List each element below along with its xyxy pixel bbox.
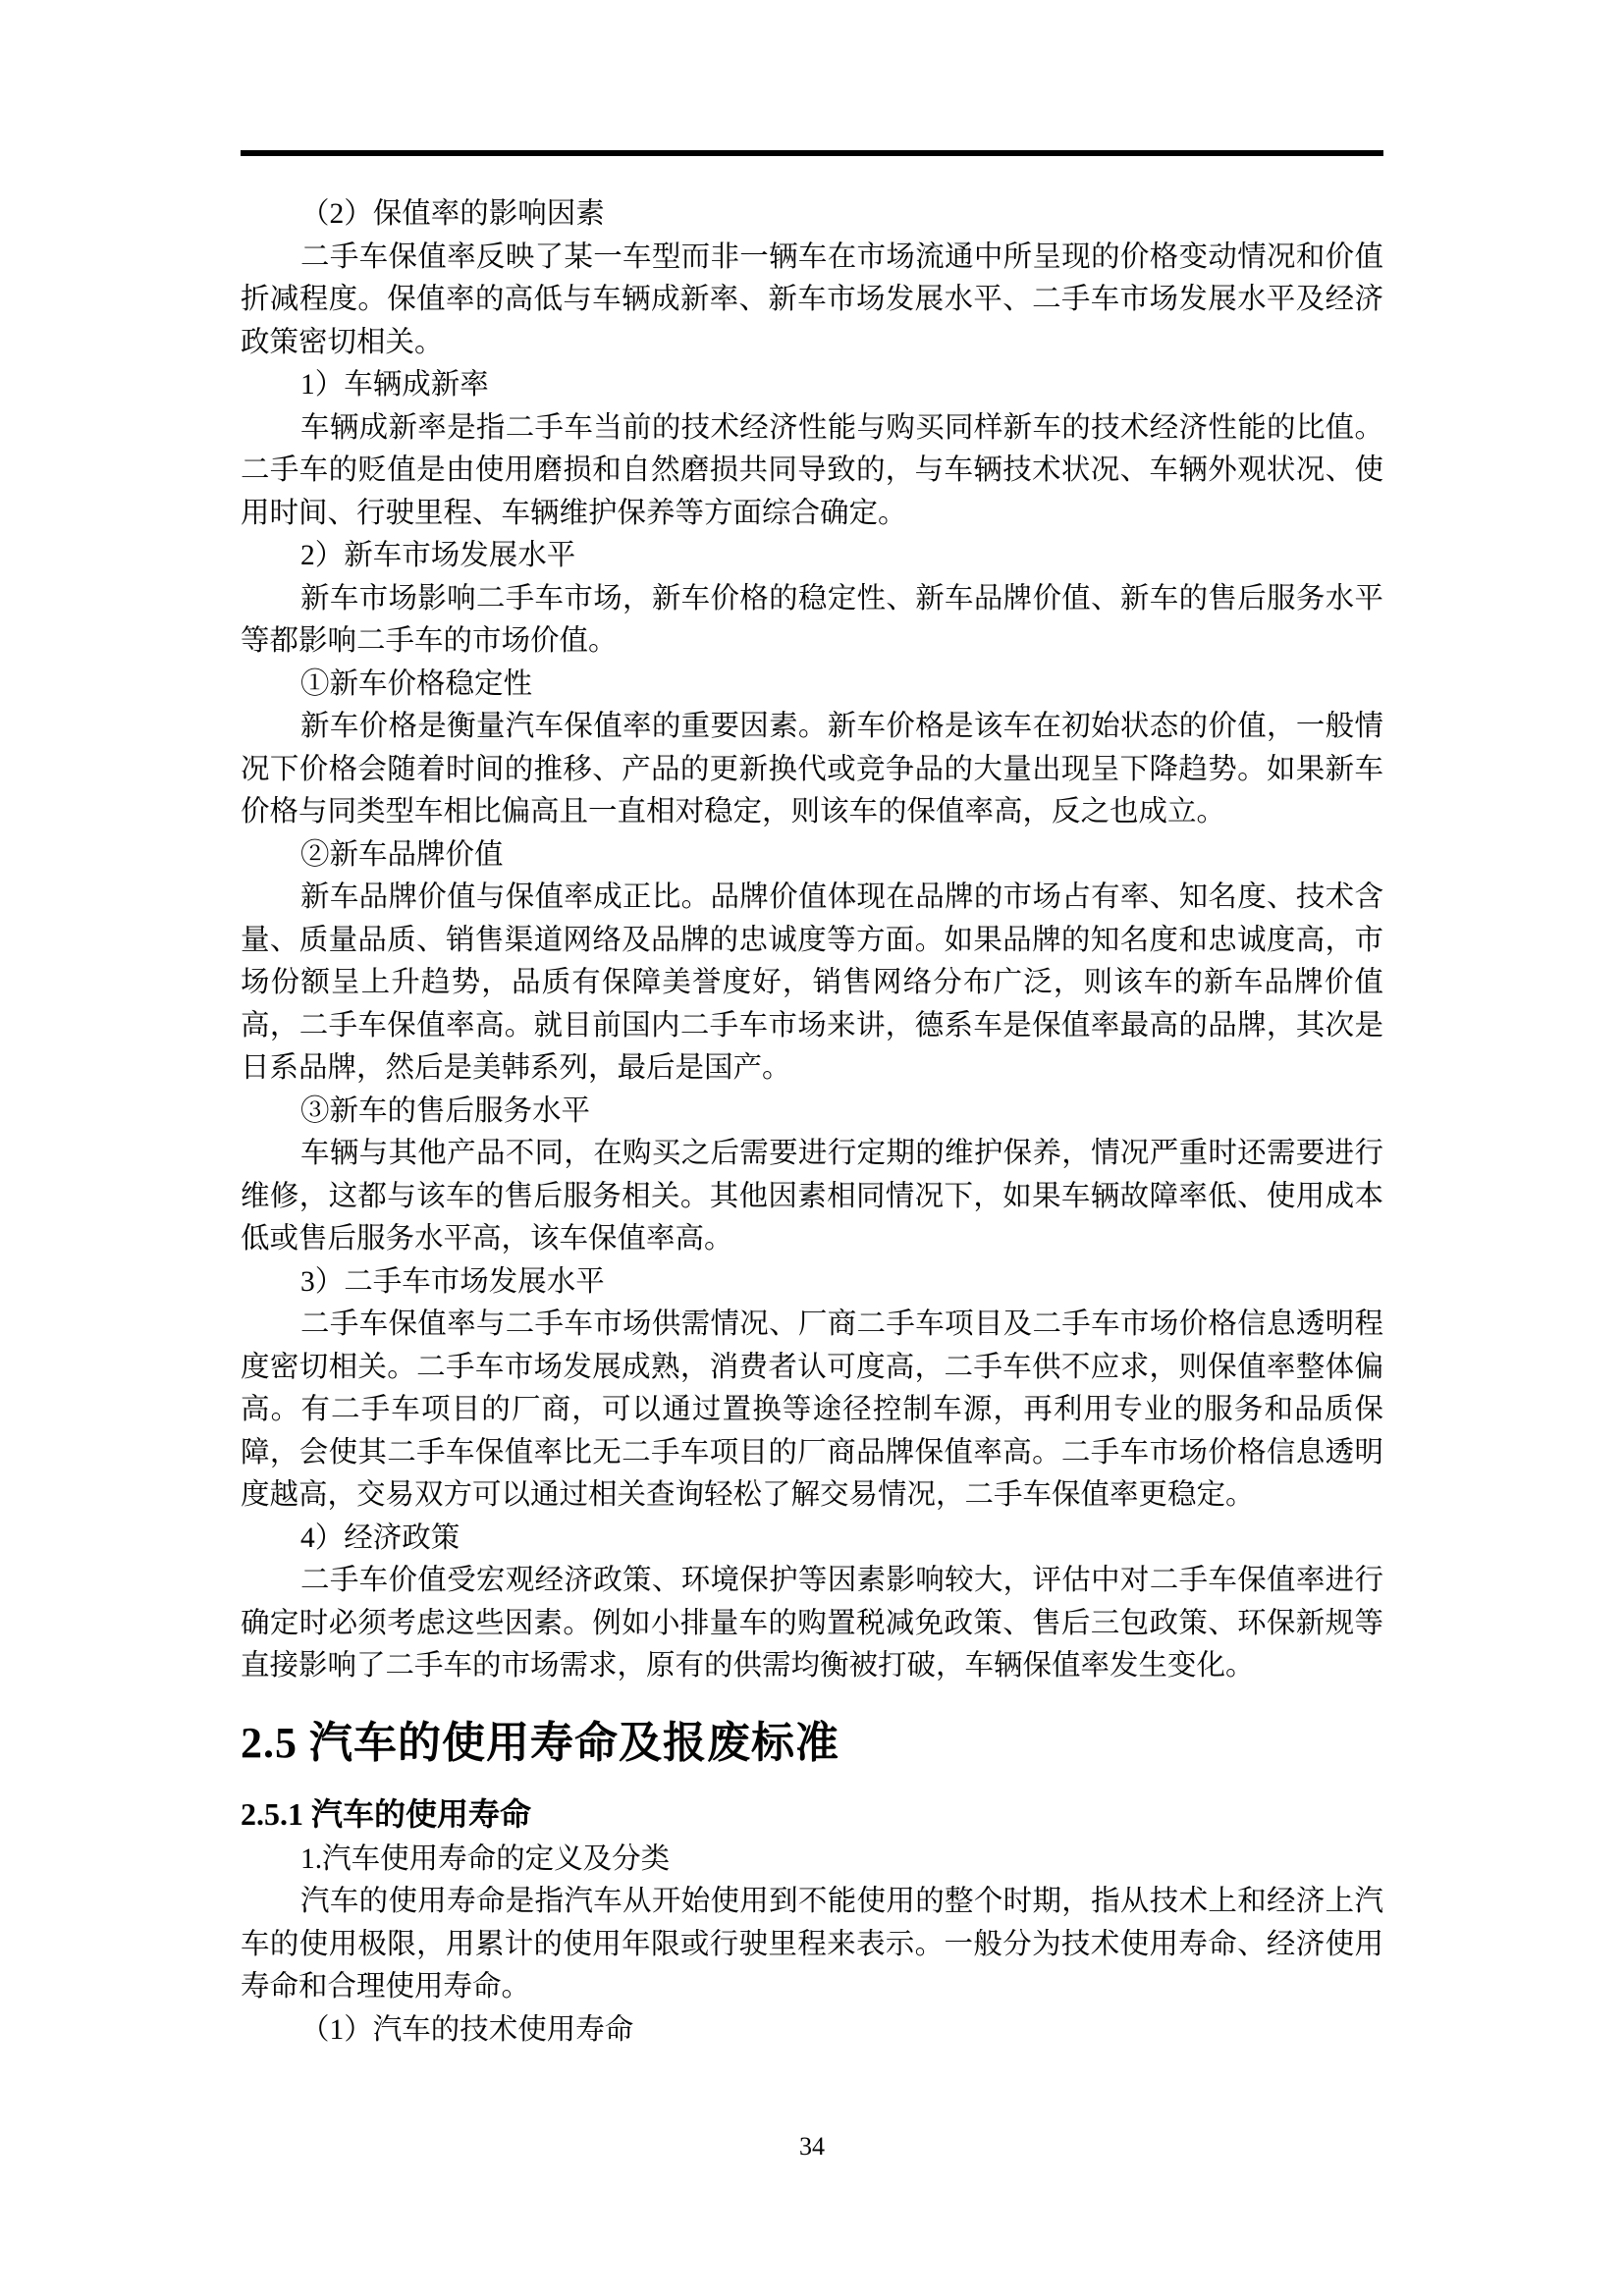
paragraph: 新车市场影响二手车市场，新车价格的稳定性、新车品牌价值、新车的售后服务水平等都影… <box>241 578 1383 664</box>
paragraph: 二手车保值率反映了某一车型而非一辆车在市场流通中所呈现的价格变动情况和价值折减程… <box>241 237 1383 365</box>
paragraph: 新车品牌价值与保值率成正比。品牌价值体现在品牌的市场占有率、知名度、技术含量、质… <box>241 877 1383 1091</box>
list-item-heading: （2）保值率的影响因素 <box>241 193 1383 237</box>
list-item-heading: 2）新车市场发展水平 <box>241 535 1383 578</box>
paragraph: 二手车价值受宏观经济政策、环境保护等因素影响较大，评估中对二手车保值率进行确定时… <box>241 1560 1383 1688</box>
list-item-heading: ③新车的售后服务水平 <box>241 1091 1383 1134</box>
section-heading: 2.5 汽车的使用寿命及报废标准 <box>241 1714 1383 1773</box>
paragraph: 新车价格是衡量汽车保值率的重要因素。新车价格是该车在初始状态的价值，一般情况下价… <box>241 706 1383 834</box>
paragraph: 二手车保值率与二手车市场供需情况、厂商二手车项目及二手车市场价格信息透明程度密切… <box>241 1304 1383 1518</box>
list-item-heading: ①新车价格稳定性 <box>241 664 1383 707</box>
document-body: （2）保值率的影响因素 二手车保值率反映了某一车型而非一辆车在市场流通中所呈现的… <box>241 193 1383 2163</box>
list-item-heading: ②新车品牌价值 <box>241 834 1383 878</box>
list-item-heading: 1）车辆成新率 <box>241 364 1383 407</box>
subsection-heading: 2.5.1 汽车的使用寿命 <box>241 1792 1383 1836</box>
list-item-heading: 4）经济政策 <box>241 1518 1383 1561</box>
document-page: （2）保值率的影响因素 二手车保值率反映了某一车型而非一辆车在市场流通中所呈现的… <box>0 0 1624 2296</box>
list-item-heading: 3）二手车市场发展水平 <box>241 1261 1383 1305</box>
paragraph: 车辆与其他产品不同，在购买之后需要进行定期的维护保养，情况严重时还需要进行维修，… <box>241 1133 1383 1261</box>
list-item-heading: （1）汽车的技术使用寿命 <box>241 2009 1383 2053</box>
paragraph: 车辆成新率是指二手车当前的技术经济性能与购买同样新车的技术经济性能的比值。二手车… <box>241 407 1383 536</box>
page-number: 34 <box>241 2131 1383 2163</box>
header-rule <box>241 150 1383 156</box>
paragraph: 汽车的使用寿命是指汽车从开始使用到不能使用的整个时期，指从技术上和经济上汽车的使… <box>241 1881 1383 2009</box>
list-item-heading: 1.汽车使用寿命的定义及分类 <box>241 1839 1383 1882</box>
